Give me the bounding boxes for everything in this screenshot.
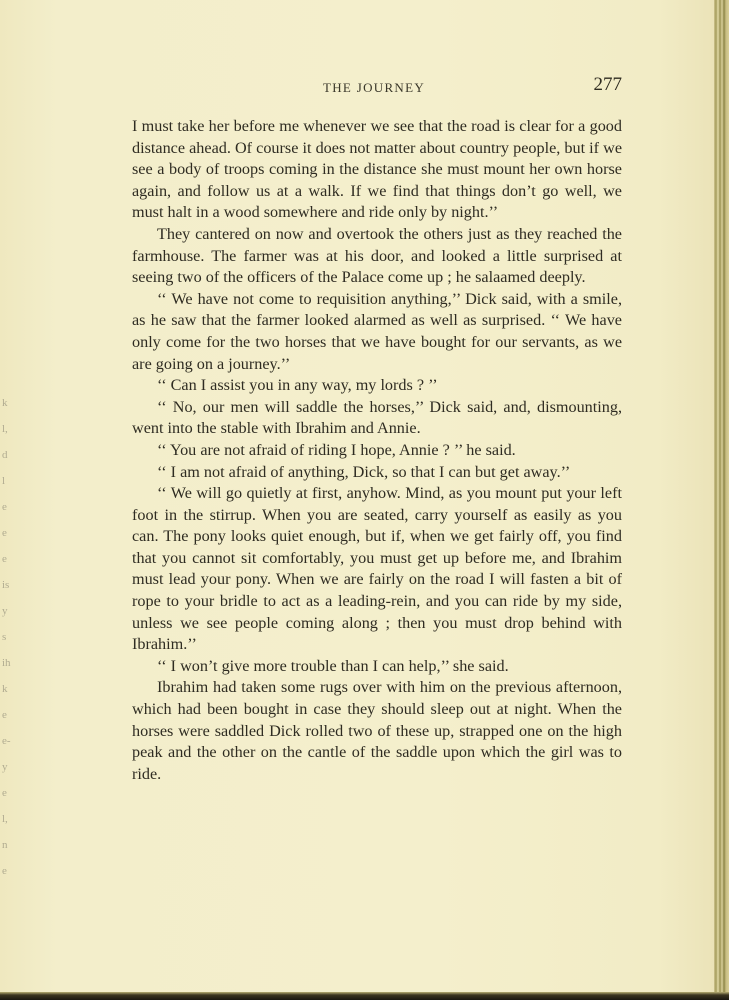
page-header: THE JOURNEY 277 xyxy=(132,76,622,100)
bleed-mark: e xyxy=(2,780,12,806)
bleed-mark: e xyxy=(2,520,12,546)
bleed-mark: e xyxy=(2,494,12,520)
body-text: I must take her before me whenever we se… xyxy=(132,116,622,785)
bleed-mark: n xyxy=(2,832,12,858)
bleed-mark: d xyxy=(2,442,12,468)
bleed-mark: l, xyxy=(2,416,12,442)
paragraph: ‘‘ Can I assist you in any way, my lords… xyxy=(132,375,622,397)
page-edge-bottom xyxy=(0,992,729,1000)
book-page: k l, d l e e e is y s ih k e e- y e l, n… xyxy=(0,0,714,992)
paragraph: They cantered on now and overtook the ot… xyxy=(132,224,622,289)
bleed-mark: k xyxy=(2,676,12,702)
bleed-mark: e- xyxy=(2,728,12,754)
page-edge-right xyxy=(714,0,729,1000)
bleed-mark: k xyxy=(2,390,12,416)
paragraph: Ibrahim had taken some rugs over with hi… xyxy=(132,677,622,785)
bleed-through-marks: k l, d l e e e is y s ih k e e- y e l, n… xyxy=(2,390,12,884)
paragraph: I must take her before me whenever we se… xyxy=(132,116,622,224)
bleed-mark: s xyxy=(2,624,12,650)
bleed-mark: y xyxy=(2,598,12,624)
bleed-mark: is xyxy=(2,572,12,598)
bleed-mark: ih xyxy=(2,650,12,676)
paragraph: ‘‘ I won’t give more trouble than I can … xyxy=(132,656,622,678)
paragraph: ‘‘ I am not afraid of anything, Dick, so… xyxy=(132,462,622,484)
running-title: THE JOURNEY xyxy=(323,80,425,96)
page-number: 277 xyxy=(594,74,623,96)
paragraph: ‘‘ We have not come to requisition anyth… xyxy=(132,289,622,375)
paragraph: ‘‘ You are not afraid of riding I hope, … xyxy=(132,440,622,462)
bleed-mark: e xyxy=(2,702,12,728)
bleed-mark: e xyxy=(2,546,12,572)
paragraph: ‘‘ No, our men will saddle the horses,’’… xyxy=(132,397,622,440)
bleed-mark: l, xyxy=(2,806,12,832)
bleed-mark: l xyxy=(2,468,12,494)
paragraph: ‘‘ We will go quietly at first, anyhow. … xyxy=(132,483,622,656)
bleed-mark: y xyxy=(2,754,12,780)
bleed-mark: e xyxy=(2,858,12,884)
